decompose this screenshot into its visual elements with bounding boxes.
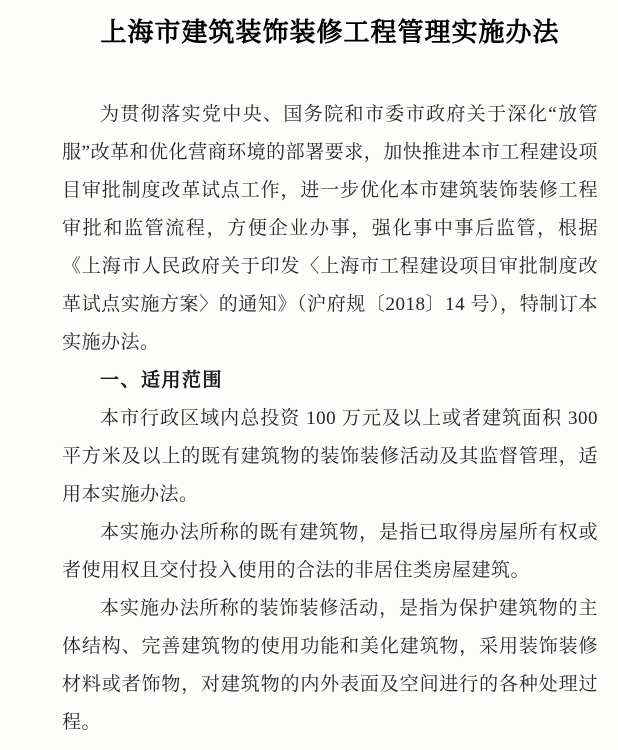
paragraph-existing-buildings: 本实施办法所称的既有建筑物，是指已取得房屋所有权或者使用权且交付投入使用的合法的…	[62, 514, 598, 590]
paragraph-intro: 为贯彻落实党中央、国务院和市委市政府关于深化“放管服”改革和优化营商环境的部署要…	[62, 96, 598, 362]
document-title: 上海市建筑装饰装修工程管理实施办法	[62, 14, 598, 52]
paragraph-decoration-activity: 本实施办法所称的装饰装修活动，是指为保护建筑物的主体结构、完善建筑物的使用功能和…	[62, 590, 598, 742]
document-page: 上海市建筑装饰装修工程管理实施办法 为贯彻落实党中央、国务院和市委市政府关于深化…	[0, 0, 618, 750]
section-heading-scope: 一、适用范围	[62, 362, 598, 400]
paragraph-scope: 本市行政区域内总投资 100 万元及以上或者建筑面积 300 平方米及以上的既有…	[62, 400, 598, 514]
